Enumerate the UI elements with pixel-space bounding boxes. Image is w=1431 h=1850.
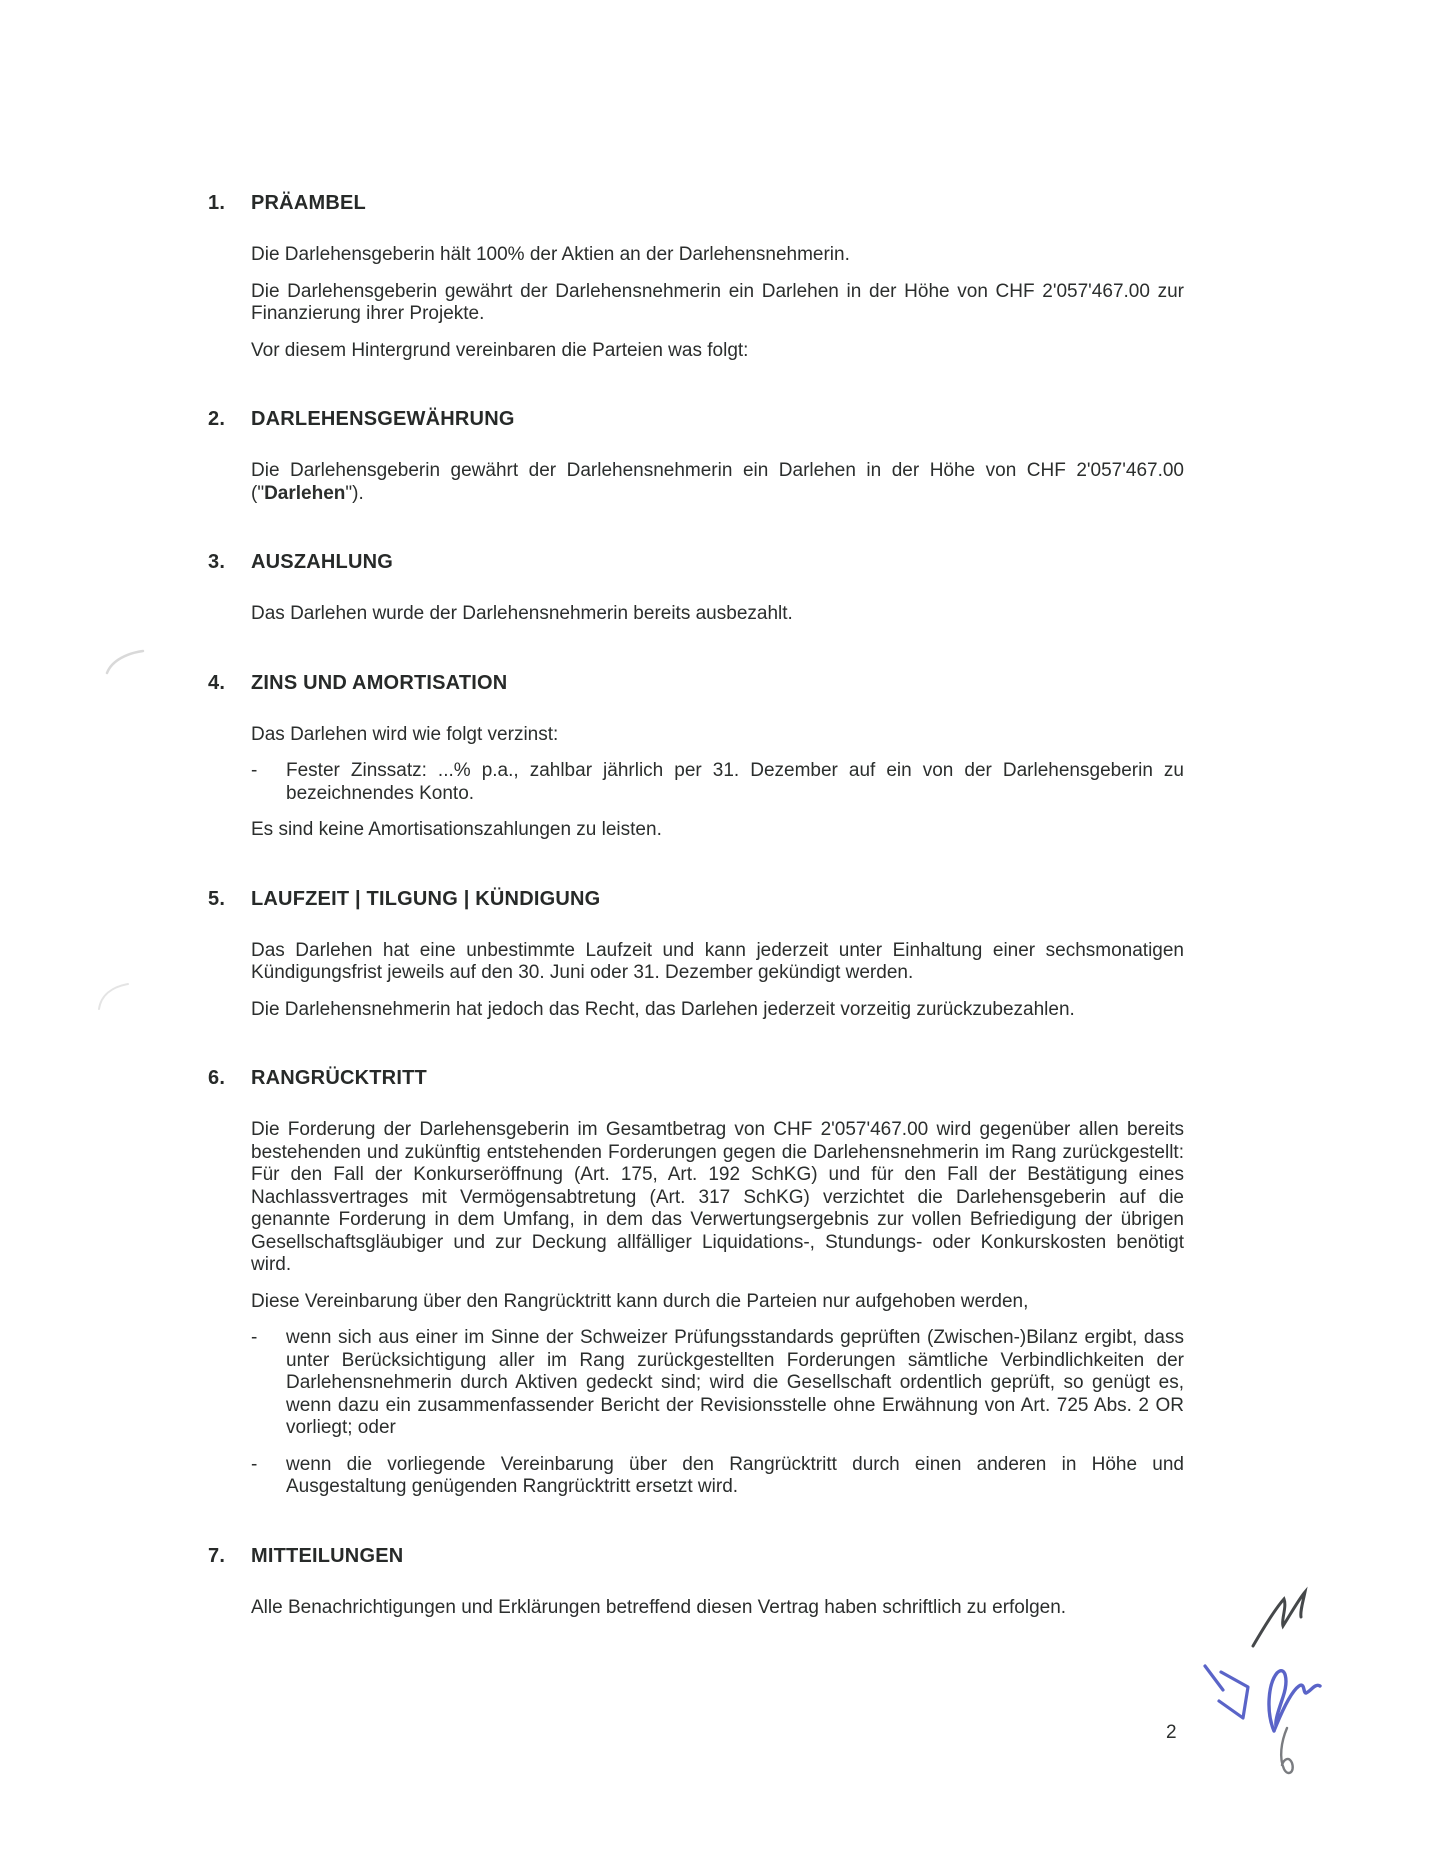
text-run: Die Darlehensgeberin hält 100% der Aktie… — [251, 244, 850, 265]
paragraph: Vor diesem Hintergrund vereinbaren die P… — [251, 340, 1184, 363]
section-title: LAUFZEIT | TILGUNG | KÜNDIGUNG — [251, 888, 600, 911]
section-title: RANGRÜCKTRITT — [251, 1067, 427, 1090]
section-number: 2. — [208, 408, 251, 431]
bullet-paragraph: -wenn die vorliegende Vereinbarung über … — [251, 1454, 1184, 1499]
section-1: 1.PRÄAMBELDie Darlehensgeberin hält 100%… — [208, 192, 1184, 362]
section-heading: 6.RANGRÜCKTRITT — [208, 1067, 1184, 1090]
section-heading: 4.ZINS UND AMORTISATION — [208, 672, 1184, 695]
text-run: Fester Zinssatz: ...% p.a., zahlbar jähr… — [286, 760, 1184, 804]
document-body: 1.PRÄAMBELDie Darlehensgeberin hält 100%… — [208, 192, 1184, 1619]
paragraph-text: wenn sich aus einer im Sinne der Schweiz… — [286, 1327, 1184, 1440]
text-run: wenn sich aus einer im Sinne der Schweiz… — [286, 1327, 1184, 1438]
paragraph-text: Fester Zinssatz: ...% p.a., zahlbar jähr… — [286, 760, 1184, 805]
section-number: 4. — [208, 672, 251, 695]
bullet-dash: - — [251, 1454, 286, 1499]
section-number: 6. — [208, 1067, 251, 1090]
section-5: 5.LAUFZEIT | TILGUNG | KÜNDIGUNGDas Darl… — [208, 888, 1184, 1022]
handwritten-initial-gray — [1281, 1728, 1293, 1773]
section-2: 2.DARLEHENSGEWÄHRUNGDie Darlehensgeberin… — [208, 408, 1184, 505]
bullet-paragraph: -Fester Zinssatz: ...% p.a., zahlbar jäh… — [251, 760, 1184, 805]
section-number: 5. — [208, 888, 251, 911]
text-run: Die Darlehensgeberin gewährt der Darlehe… — [251, 281, 1184, 325]
page-number: 2 — [1166, 1722, 1177, 1744]
section-4: 4.ZINS UND AMORTISATIONDas Darlehen wird… — [208, 672, 1184, 842]
paragraph-text: wenn die vorliegende Vereinbarung über d… — [286, 1454, 1184, 1499]
paragraph: Das Darlehen wird wie folgt verzinst: — [251, 724, 1184, 747]
section-number: 7. — [208, 1545, 251, 1568]
paragraph: Die Forderung der Darlehensgeberin im Ge… — [251, 1119, 1184, 1277]
handwritten-initial-blue-script — [1269, 1671, 1320, 1731]
handwritten-initial-black — [1253, 1592, 1305, 1646]
section-body: Das Darlehen hat eine unbestimmte Laufze… — [208, 940, 1184, 1022]
section-body: Das Darlehen wird wie folgt verzinst:-Fe… — [208, 724, 1184, 842]
section-7: 7.MITTEILUNGENAlle Benachrichtigungen un… — [208, 1545, 1184, 1620]
paragraph: Das Darlehen wurde der Darlehensnehmerin… — [251, 603, 1184, 626]
section-title: DARLEHENSGEWÄHRUNG — [251, 408, 515, 431]
text-run: Die Darlehensgeberin gewährt der Darlehe… — [251, 460, 1184, 504]
section-title: ZINS UND AMORTISATION — [251, 672, 507, 695]
paragraph: Das Darlehen hat eine unbestimmte Laufze… — [251, 940, 1184, 985]
section-body: Das Darlehen wurde der Darlehensnehmerin… — [208, 603, 1184, 626]
paragraph: Die Darlehensgeberin gewährt der Darlehe… — [251, 460, 1184, 505]
paragraph: Alle Benachrichtigungen und Erklärungen … — [251, 1597, 1184, 1620]
section-body: Die Darlehensgeberin hält 100% der Aktie… — [208, 244, 1184, 362]
paragraph: Es sind keine Amortisationszahlungen zu … — [251, 819, 1184, 842]
paragraph: Die Darlehensgeberin gewährt der Darlehe… — [251, 281, 1184, 326]
section-body: Alle Benachrichtigungen und Erklärungen … — [208, 1597, 1184, 1620]
section-3: 3.AUSZAHLUNGDas Darlehen wurde der Darle… — [208, 551, 1184, 626]
scanned-contract-page: 1.PRÄAMBELDie Darlehensgeberin hält 100%… — [0, 0, 1431, 1850]
section-heading: 5.LAUFZEIT | TILGUNG | KÜNDIGUNG — [208, 888, 1184, 911]
text-run: Vor diesem Hintergrund vereinbaren die P… — [251, 340, 748, 361]
bullet-dash: - — [251, 760, 286, 805]
text-run: Das Darlehen wurde der Darlehensnehmerin… — [251, 603, 793, 624]
text-run: Das Darlehen hat eine unbestimmte Laufze… — [251, 940, 1184, 984]
section-title: PRÄAMBEL — [251, 192, 366, 215]
section-number: 1. — [208, 192, 251, 215]
section-body: Die Forderung der Darlehensgeberin im Ge… — [208, 1119, 1184, 1499]
bullet-paragraph: -wenn sich aus einer im Sinne der Schwei… — [251, 1327, 1184, 1440]
scan-artifact-arc-1 — [107, 651, 143, 673]
section-heading: 3.AUSZAHLUNG — [208, 551, 1184, 574]
defined-term: Darlehen — [264, 483, 345, 504]
scan-artifact-arc-2 — [99, 984, 128, 1009]
text-run: Diese Vereinbarung über den Rangrücktrit… — [251, 1291, 1028, 1312]
section-heading: 2.DARLEHENSGEWÄHRUNG — [208, 408, 1184, 431]
text-run: wenn die vorliegende Vereinbarung über d… — [286, 1454, 1184, 1498]
text-run: Das Darlehen wird wie folgt verzinst: — [251, 724, 558, 745]
paragraph: Diese Vereinbarung über den Rangrücktrit… — [251, 1291, 1184, 1314]
section-heading: 7.MITTEILUNGEN — [208, 1545, 1184, 1568]
text-run: "). — [345, 483, 363, 504]
bullet-dash: - — [251, 1327, 286, 1440]
section-title: AUSZAHLUNG — [251, 551, 393, 574]
text-run: Die Forderung der Darlehensgeberin im Ge… — [251, 1119, 1184, 1275]
text-run: Es sind keine Amortisationszahlungen zu … — [251, 819, 662, 840]
handwritten-initial-blue-triangle — [1205, 1666, 1248, 1718]
section-body: Die Darlehensgeberin gewährt der Darlehe… — [208, 460, 1184, 505]
text-run: Die Darlehensnehmerin hat jedoch das Rec… — [251, 999, 1075, 1020]
text-run: Alle Benachrichtigungen und Erklärungen … — [251, 1597, 1066, 1618]
paragraph: Die Darlehensnehmerin hat jedoch das Rec… — [251, 999, 1184, 1022]
section-number: 3. — [208, 551, 251, 574]
section-title: MITTEILUNGEN — [251, 1545, 403, 1568]
section-6: 6.RANGRÜCKTRITTDie Forderung der Darlehe… — [208, 1067, 1184, 1499]
paragraph: Die Darlehensgeberin hält 100% der Aktie… — [251, 244, 1184, 267]
section-heading: 1.PRÄAMBEL — [208, 192, 1184, 215]
